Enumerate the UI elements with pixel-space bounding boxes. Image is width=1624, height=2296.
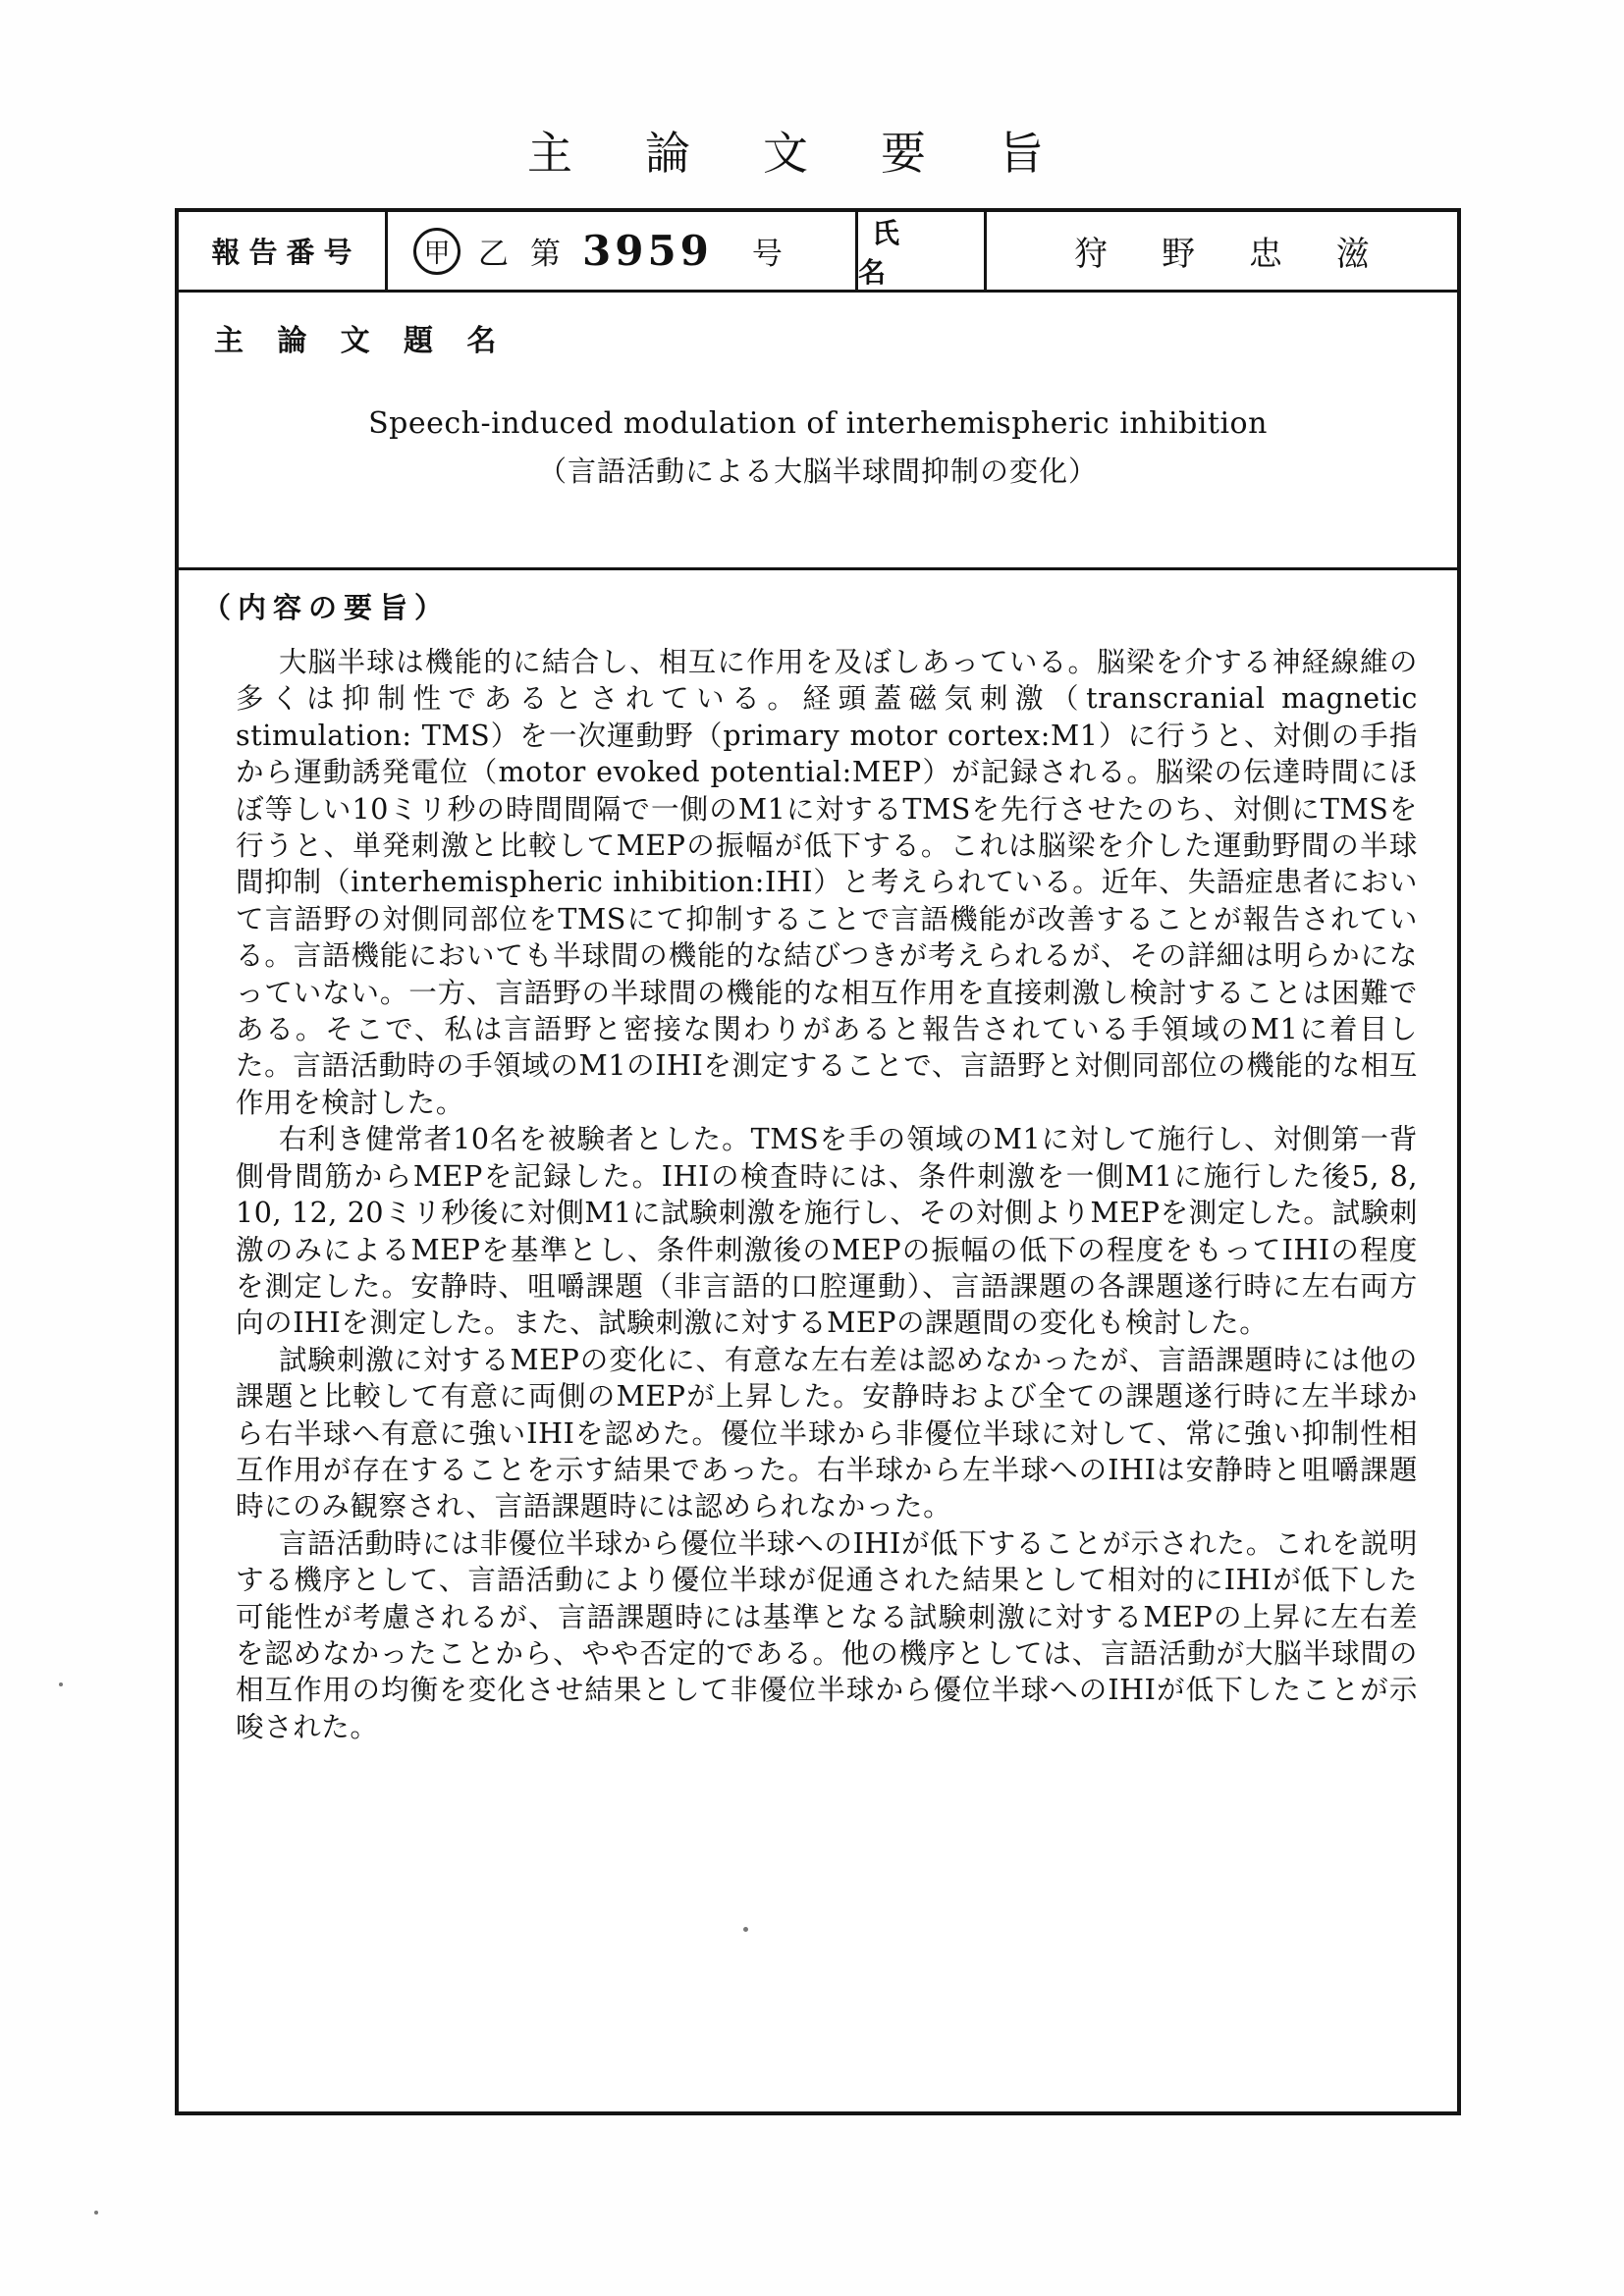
thesis-title-japanese: （言語活動による大脳半球間抑制の変化） (179, 450, 1457, 490)
thesis-title-english: Speech-induced modulation of interhemisp… (179, 406, 1457, 441)
report-number-label: 報告番号 (179, 212, 388, 290)
scan-speck (94, 2211, 98, 2215)
summary-heading: （内容の要旨） (179, 570, 1457, 642)
summary-section: （内容の要旨） 大脳半球は機能的に結合し、相互に作用を及ぼしあっている。脳梁を介… (179, 570, 1457, 2111)
otsu-mark: 乙 (478, 229, 509, 273)
summary-paragraph: 試験刺激に対するMEPの変化に、有意な左右差は認めなかったが、言語課題時には他の… (236, 1342, 1418, 1525)
summary-paragraph: 右利き健常者10名を被験者とした。TMSを手の領域のM1に対して施行し、対側第一… (236, 1121, 1418, 1341)
page-title: 主 論 文 要 旨 (0, 118, 1624, 183)
gou-label: 号 (752, 229, 783, 273)
summary-body: 大脳半球は機能的に結合し、相互に作用を及ぼしあっている。脳梁を介する神経線維の多… (179, 642, 1457, 1745)
thesis-title-label: 主 論 文 題 名 (214, 316, 509, 359)
name-label: 氏 名 (858, 212, 987, 290)
scan-speck (743, 1927, 748, 1932)
thesis-titles: Speech-induced modulation of interhemisp… (179, 406, 1457, 490)
scan-speck (59, 1682, 63, 1686)
header-row: 報告番号 甲 乙 第 3959 号 氏 名 狩 野 忠 滋 (179, 212, 1457, 293)
name-value: 狩 野 忠 滋 (987, 212, 1457, 290)
kou-circled-mark: 甲 (413, 228, 460, 275)
summary-paragraph: 言語活動時には非優位半球から優位半球へのIHIが低下することが示された。これを説… (236, 1525, 1418, 1745)
report-number-cell: 甲 乙 第 3959 号 (388, 212, 858, 290)
thesis-title-section: 主 論 文 題 名 Speech-induced modulation of i… (179, 293, 1457, 570)
report-number-value: 3959 (582, 227, 713, 275)
abstract-form: 報告番号 甲 乙 第 3959 号 氏 名 狩 野 忠 滋 主 論 文 題 名 … (175, 208, 1461, 2115)
dai-label: 第 (530, 229, 561, 273)
summary-paragraph: 大脳半球は機能的に結合し、相互に作用を及ぼしあっている。脳梁を介する神経線維の多… (236, 644, 1418, 1121)
